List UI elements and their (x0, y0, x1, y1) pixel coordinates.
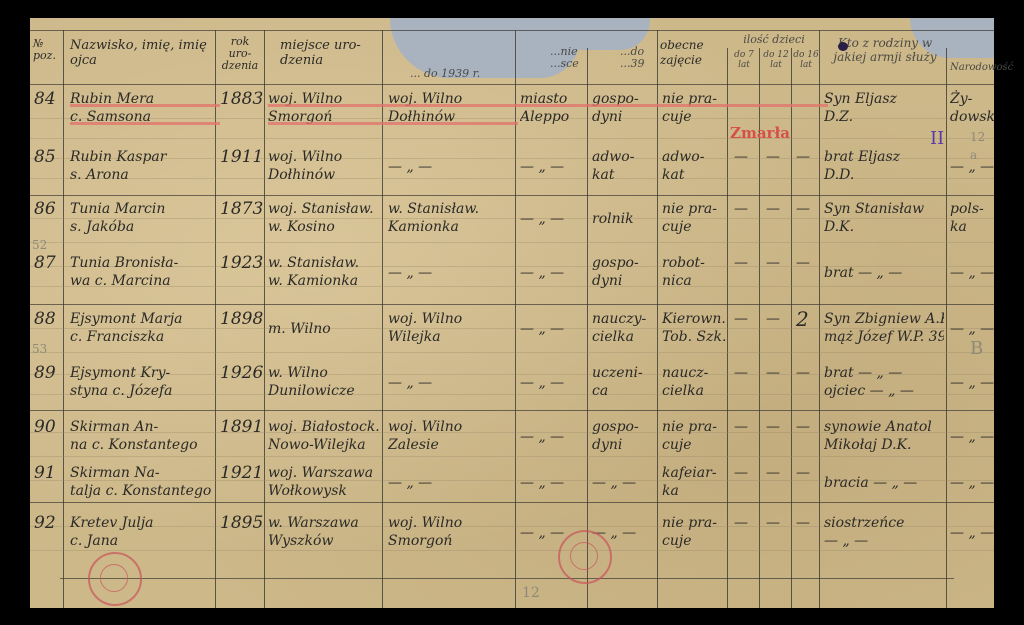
cell-c12: — (766, 254, 788, 272)
cell-c16: — (796, 418, 818, 436)
cell-c7: — (734, 514, 756, 532)
cell-birth-place: w. Stanisław.w. Kamionka (268, 254, 383, 290)
red-annotation: Zmarła (730, 124, 790, 142)
cell-residence-1939: — „ — (388, 474, 513, 492)
cell-no: 90 (34, 418, 62, 436)
cell-occ-now: naucz-cielka (662, 364, 726, 400)
cell-relatives: brat — „ —ojciec — „ — (824, 364, 944, 400)
cell-no: 92 (34, 514, 62, 532)
cell-col-a: — „ — (520, 210, 586, 228)
cell-name: Rubin Merac. Samsona (70, 90, 215, 126)
register-sheet: № poz. Nazwisko, imię, imię ojca rok uro… (30, 18, 994, 608)
red-strikethrough (70, 104, 220, 107)
row-divider (30, 195, 994, 196)
violet-annotation: II (930, 130, 944, 148)
cell-birth-place: w. WilnoDunilowicze (268, 364, 383, 400)
column-divider (264, 30, 265, 608)
cell-residence-1939: woj. WilnoDołhinów (388, 90, 513, 126)
cell-year: 1873 (220, 200, 264, 218)
cell-c16: — (796, 364, 818, 382)
header-occupation-now: obecne zajęcie (660, 38, 726, 68)
header-bottom-line (30, 84, 994, 85)
cell-birth-place: woj. WarszawaWołkowysk (268, 464, 383, 500)
header-residence-1939: ... do 1939 r. (410, 68, 510, 80)
column-divider (515, 30, 516, 608)
cell-no: 88 (34, 310, 62, 328)
cell-year: 1883 (220, 90, 264, 108)
cell-nat: Ży-dowska (950, 90, 994, 126)
cell-residence-1939: woj. WilnoZalesie (388, 418, 513, 454)
header-children-to7: do 7 lat (729, 50, 759, 70)
cell-no: 86 (34, 200, 62, 218)
column-divider (215, 30, 216, 608)
cell-residence-1939: w. Stanisław.Kamionka (388, 200, 513, 236)
cell-occ-before: gospo-dyni (592, 254, 656, 290)
cell-residence-1939: — „ — (388, 264, 513, 282)
column-divider (657, 30, 658, 608)
ink-blot (838, 42, 848, 51)
cell-c16: — (796, 514, 818, 532)
cell-nat: — „ — (950, 428, 994, 446)
cell-birth-place: w. WarszawaWyszków (268, 514, 383, 550)
cell-relatives: synowie AnatolMikołaj D.K. (824, 418, 944, 454)
cell-occ-before: — „ — (592, 474, 656, 492)
cell-col-a: — „ — (520, 428, 586, 446)
cell-c7: — (734, 254, 756, 272)
cell-name: Kretev Juljac. Jana (70, 514, 215, 550)
cell-year: 1895 (220, 514, 264, 532)
cell-occ-now: adwo-kat (662, 148, 726, 184)
cell-occ-now: nie pra-cuje (662, 418, 726, 454)
cell-c12: — (766, 514, 788, 532)
cell-name: Skirman An-na c. Konstantego (70, 418, 215, 454)
cell-occ-before: gospo-dyni (592, 418, 656, 454)
cell-year: 1911 (220, 148, 264, 166)
cell-no: 84 (34, 90, 62, 108)
cell-no: 87 (34, 254, 62, 272)
row-divider (30, 502, 994, 503)
cell-no: 89 (34, 364, 62, 382)
cell-nat: — „ — (950, 320, 994, 338)
cell-occ-now: nie pra-cuje (662, 90, 726, 126)
page-number-note: 12 (522, 584, 540, 602)
cell-c7: — (734, 418, 756, 436)
cell-c16: — (796, 148, 818, 166)
header-birth-place: miejsce uro-dzenia (280, 38, 380, 68)
pencil-mark: a (970, 146, 977, 164)
red-strikethrough (70, 122, 220, 125)
cell-relatives: Syn Zbigniew A.K.mąż Józef W.P. 39 (824, 310, 944, 346)
cell-birth-place: woj. Białostock.Nowo-Wilejka (268, 418, 383, 454)
cell-col-a: — „ — (520, 158, 586, 176)
cell-c12: — (766, 464, 788, 482)
header-no: № poz. (33, 38, 63, 62)
cell-col-a: — „ — (520, 264, 586, 282)
cell-nat: pols-ka (950, 200, 994, 236)
cell-name: Tunia Bronisła-wa c. Marcina (70, 254, 215, 290)
red-strikethrough (268, 122, 518, 125)
cell-birth-place: m. Wilno (268, 320, 383, 338)
cell-occ-now: nie pra-cuje (662, 514, 726, 550)
header-nationality: Narodowość (950, 62, 992, 74)
cell-c12: — (766, 418, 788, 436)
margin-mark: 52 (32, 236, 47, 254)
cell-nat: — „ — (950, 264, 994, 282)
header-birth-year: rok uro-dzenia (220, 36, 260, 72)
cell-col-a: — „ — (520, 320, 586, 338)
cell-name: Tunia Marcins. Jakóba (70, 200, 215, 236)
cell-occ-before: rolnik (592, 210, 656, 228)
cell-col-a: — „ — (520, 474, 586, 492)
header-col-1939: ...do ...39 (620, 46, 656, 70)
cell-occ-before: uczeni-ca (592, 364, 656, 400)
cell-col-a: miastoAleppo (520, 90, 586, 126)
cell-relatives: siostrzeńce— „ — (824, 514, 944, 550)
row-divider (30, 304, 994, 305)
cell-occ-now: kafeiar-ka (662, 464, 726, 500)
cell-year: 1926 (220, 364, 264, 382)
header-residence-now: ...nie ...sce (550, 46, 590, 70)
cell-nat: — „ — (950, 524, 994, 542)
cell-c16: 2 (796, 310, 818, 328)
pencil-mark: 12 (970, 128, 985, 146)
cell-residence-1939: — „ — (388, 374, 513, 392)
cell-occ-now: robot-nica (662, 254, 726, 290)
cell-c16: — (796, 254, 818, 272)
cell-name: Ejsymont Marjac. Franciszka (70, 310, 215, 346)
cell-no: 85 (34, 148, 62, 166)
cell-c16: — (796, 200, 818, 218)
cell-c7: — (734, 148, 756, 166)
cell-relatives: bracia — „ — (824, 474, 944, 492)
red-stamp (88, 552, 142, 606)
cell-occ-now: nie pra-cuje (662, 200, 726, 236)
cell-birth-place: woj. WilnoDołhinów (268, 148, 383, 184)
row-divider (30, 410, 994, 411)
cell-year: 1898 (220, 310, 264, 328)
cell-occ-before: adwo-kat (592, 148, 656, 184)
cell-residence-1939: woj. WilnoSmorgoń (388, 514, 513, 550)
cell-name: Rubin Kaspars. Arona (70, 148, 215, 184)
red-strikethrough (268, 104, 828, 107)
cell-c7: — (734, 364, 756, 382)
cell-c12: — (766, 364, 788, 382)
cell-occ-now: Kierown.Tob. Szk. (662, 310, 726, 346)
cell-residence-1939: — „ — (388, 158, 513, 176)
cell-relatives: brat EljaszD.D. (824, 148, 944, 184)
cell-relatives: Syn StanisławD.K. (824, 200, 944, 236)
cell-c12: — (766, 200, 788, 218)
header-top-line (30, 30, 994, 31)
header-children: ilość dzieci (730, 34, 818, 46)
cell-year: 1923 (220, 254, 264, 272)
cell-nat: — „ — (950, 374, 994, 392)
row-divider (60, 578, 954, 579)
cell-nat: — „ — (950, 474, 994, 492)
pencil-mark: B (970, 340, 983, 358)
cell-col-a: — „ — (520, 374, 586, 392)
cell-birth-place: woj. Stanisław.w. Kosino (268, 200, 383, 236)
cell-year: 1891 (220, 418, 264, 436)
cell-c7: — (734, 310, 756, 328)
cell-name: Skirman Na-talja c. Konstantego (70, 464, 215, 500)
cell-name: Ejsymont Kry-styna c. Józefa (70, 364, 215, 400)
cell-c7: — (734, 200, 756, 218)
header-name: Nazwisko, imię, imię ojca (70, 38, 210, 68)
cell-relatives: Syn EljaszD.Z. (824, 90, 944, 126)
cell-birth-place: woj. WilnoSmorgoń (268, 90, 383, 126)
cell-occ-before: nauczy-cielka (592, 310, 656, 346)
column-divider (819, 30, 820, 608)
margin-mark: 53 (32, 340, 47, 358)
cell-c16: — (796, 464, 818, 482)
cell-c7: — (734, 464, 756, 482)
column-divider (63, 30, 64, 608)
cell-no: 91 (34, 464, 62, 482)
cell-residence-1939: woj. WilnoWilejka (388, 310, 513, 346)
header-children-to16: do 16 lat (793, 50, 819, 70)
cell-relatives: brat — „ — (824, 264, 944, 282)
red-stamp (558, 530, 612, 584)
header-children-to12: do 12 lat (761, 50, 791, 70)
cell-year: 1921 (220, 464, 264, 482)
cell-occ-before: gospo-dyni (592, 90, 656, 126)
cell-c12: — (766, 310, 788, 328)
cell-c12: — (766, 148, 788, 166)
